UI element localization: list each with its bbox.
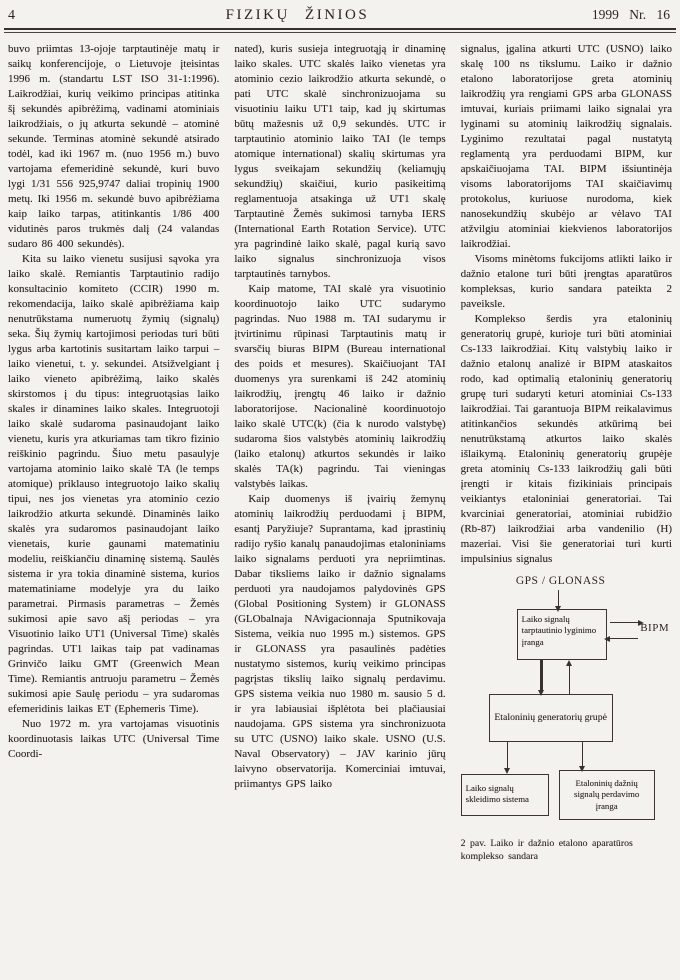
page-header: 4 FIZIKŲ ŽINIOS 1999 Nr. 16: [0, 0, 680, 25]
figure-2-diagram: GPS / GLONASS Laiko signalų tarptautinio…: [461, 575, 671, 825]
paragraph: nated), kuris susieja integruotąją ir di…: [234, 42, 445, 282]
up-arrow-generators-to-compare: [569, 666, 570, 694]
paragraph: signalus, įgalina atkurti UTC (USNO) lai…: [461, 42, 672, 252]
gps-glonass-label: GPS / GLONASS: [489, 575, 633, 587]
header-rule: [4, 28, 676, 33]
transmission-equipment-box: Etaloninių dažnių signalų perdavimo įran…: [559, 770, 655, 820]
column-1: buvo priimtas 13-ojoje tarptautinėje mat…: [8, 42, 219, 863]
paragraph: Nuo 1972 m. yra vartojamas visuotinis ko…: [8, 717, 219, 762]
column-2: nated), kuris susieja integruotąją ir di…: [234, 42, 445, 863]
journal-page: 4 FIZIKŲ ŽINIOS 1999 Nr. 16 buvo priimta…: [0, 0, 680, 980]
paragraph: Komplekso šerdis yra etaloninių generato…: [461, 312, 672, 567]
distribution-system-box: Laiko signalų skleidimo sistema: [461, 774, 549, 816]
down-arrow-to-transmission: [582, 742, 583, 766]
paragraph: buvo priimtas 13-ojoje tarptautinėje mat…: [8, 42, 219, 252]
paragraph: Visoms minėtoms fukcijoms atlikti laiko …: [461, 252, 672, 312]
page-number: 4: [8, 8, 15, 24]
bipm-label: BIPM: [639, 622, 671, 634]
column-3: signalus, įgalina atkurti UTC (USNO) lai…: [461, 42, 672, 863]
generators-group-box: Etaloninių generatorių grupė: [489, 694, 613, 742]
figure-caption: 2 pav. Laiko ir dažnio etalono aparatūro…: [461, 837, 672, 863]
article-body: buvo priimtas 13-ojoje tarptautinėje mat…: [0, 42, 680, 863]
left-arrow-from-bipm: [610, 638, 638, 639]
paragraph: Kaip matome, TAI skalė yra visuotinio ko…: [234, 282, 445, 492]
down-arrow-to-distribution: [507, 742, 508, 768]
thick-down-arrow-compare-to-generators: [540, 660, 543, 690]
comparison-equipment-box: Laiko signalų tarptautinio lyginimo įran…: [517, 609, 607, 660]
journal-title: FIZIKŲ ŽINIOS: [226, 7, 370, 24]
paragraph: Kita su laiko vienetu susijusi sąvoka yr…: [8, 252, 219, 717]
paragraph: Kaip duomenys iš įvairių žemynų atominių…: [234, 492, 445, 792]
right-arrow-to-bipm: [610, 622, 638, 623]
down-arrow-gps-to-compare: [558, 590, 559, 606]
issue-info: 1999 Nr. 16: [592, 7, 670, 23]
